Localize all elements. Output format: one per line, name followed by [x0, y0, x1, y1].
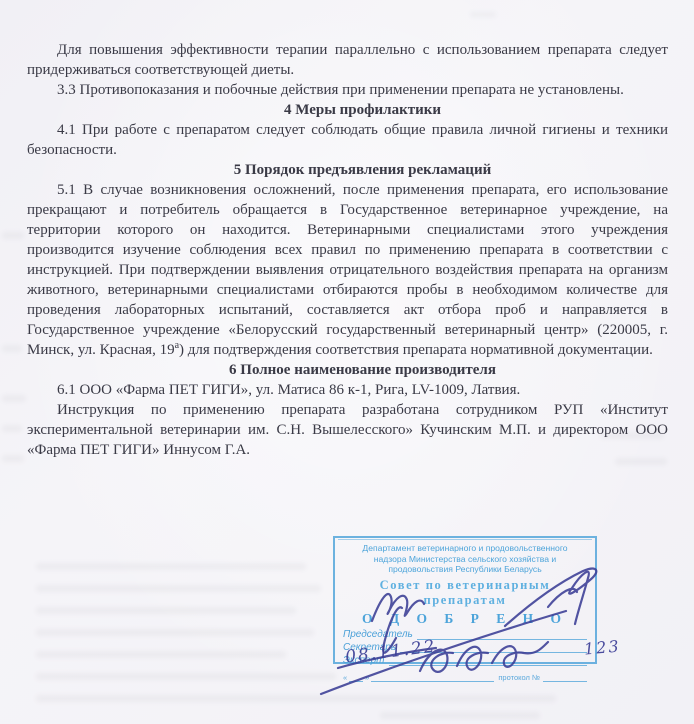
scan-artifact	[470, 12, 496, 17]
paragraph-5-1: 5.1 В случае возникновения осложнений, п…	[27, 180, 668, 360]
stamp-protocol-row: « » протокол №	[343, 668, 587, 682]
scanned-document-page: Для повышения эффективности терапии пара…	[0, 0, 694, 724]
signature-line	[389, 664, 587, 666]
month-blank-line	[371, 680, 494, 682]
stamp-approved-label: О Д О Б Р Е Н О	[343, 611, 587, 627]
scan-artifact	[36, 673, 336, 680]
scan-artifact	[2, 455, 24, 462]
protocol-number-line	[543, 680, 587, 682]
paragraph-6-1: 6.1 ООО «Фарма ПЕТ ГИГИ», ул. Матиса 86 …	[27, 380, 668, 400]
protocol-label: протокол №	[498, 673, 540, 682]
paragraph-developers: Инструкция по применению препарата разра…	[27, 400, 668, 460]
scan-artifact	[2, 345, 22, 352]
signature-line	[417, 638, 587, 640]
scan-artifact	[36, 629, 314, 636]
scan-artifact	[36, 695, 556, 702]
stamp-org-line: надзора Министерства сельского хозяйства…	[343, 554, 587, 565]
section-heading-5: 5 Порядок предъявления рекламаций	[27, 160, 668, 180]
scan-artifact	[2, 395, 26, 402]
scan-artifact	[36, 651, 286, 658]
stamp-field-chairman: Председатель	[343, 627, 587, 640]
section-heading-6: 6 Полное наименование производителя	[27, 360, 668, 380]
stamp-org-line: продовольствия Республики Беларусь	[343, 564, 587, 575]
paragraph-4-1: 4.1 При работе с препаратом следует собл…	[27, 120, 668, 160]
scan-artifact	[36, 563, 306, 570]
section-heading-4: 4 Меры профилактики	[27, 100, 668, 120]
date-blank-line	[349, 680, 363, 682]
scan-artifact	[2, 232, 24, 239]
scan-artifact	[380, 712, 540, 719]
stamp-org-line: Департамент ветеринарного и продовольств…	[343, 543, 587, 554]
document-body: Для повышения эффективности терапии пара…	[27, 40, 668, 460]
open-quote: «	[343, 673, 347, 682]
scan-artifact	[36, 607, 296, 614]
paragraph-5-1-text: 5.1 В случае возникновения осложнений, п…	[27, 182, 668, 358]
close-quote: »	[365, 673, 369, 682]
scan-artifact	[36, 585, 321, 592]
paragraph-5-1-tail: ) для подтверждения соответствия препара…	[179, 342, 653, 358]
chairman-label: Председатель	[343, 629, 413, 640]
scan-artifact	[2, 425, 22, 432]
paragraph-3-3: 3.3 Противопоказания и побочные действия…	[27, 80, 668, 100]
paragraph-diet: Для повышения эффективности терапии пара…	[27, 40, 668, 80]
stamp-council-line: Совет по ветеринарным препаратам	[343, 578, 587, 608]
handwritten-protocol-number: 123	[583, 636, 621, 658]
